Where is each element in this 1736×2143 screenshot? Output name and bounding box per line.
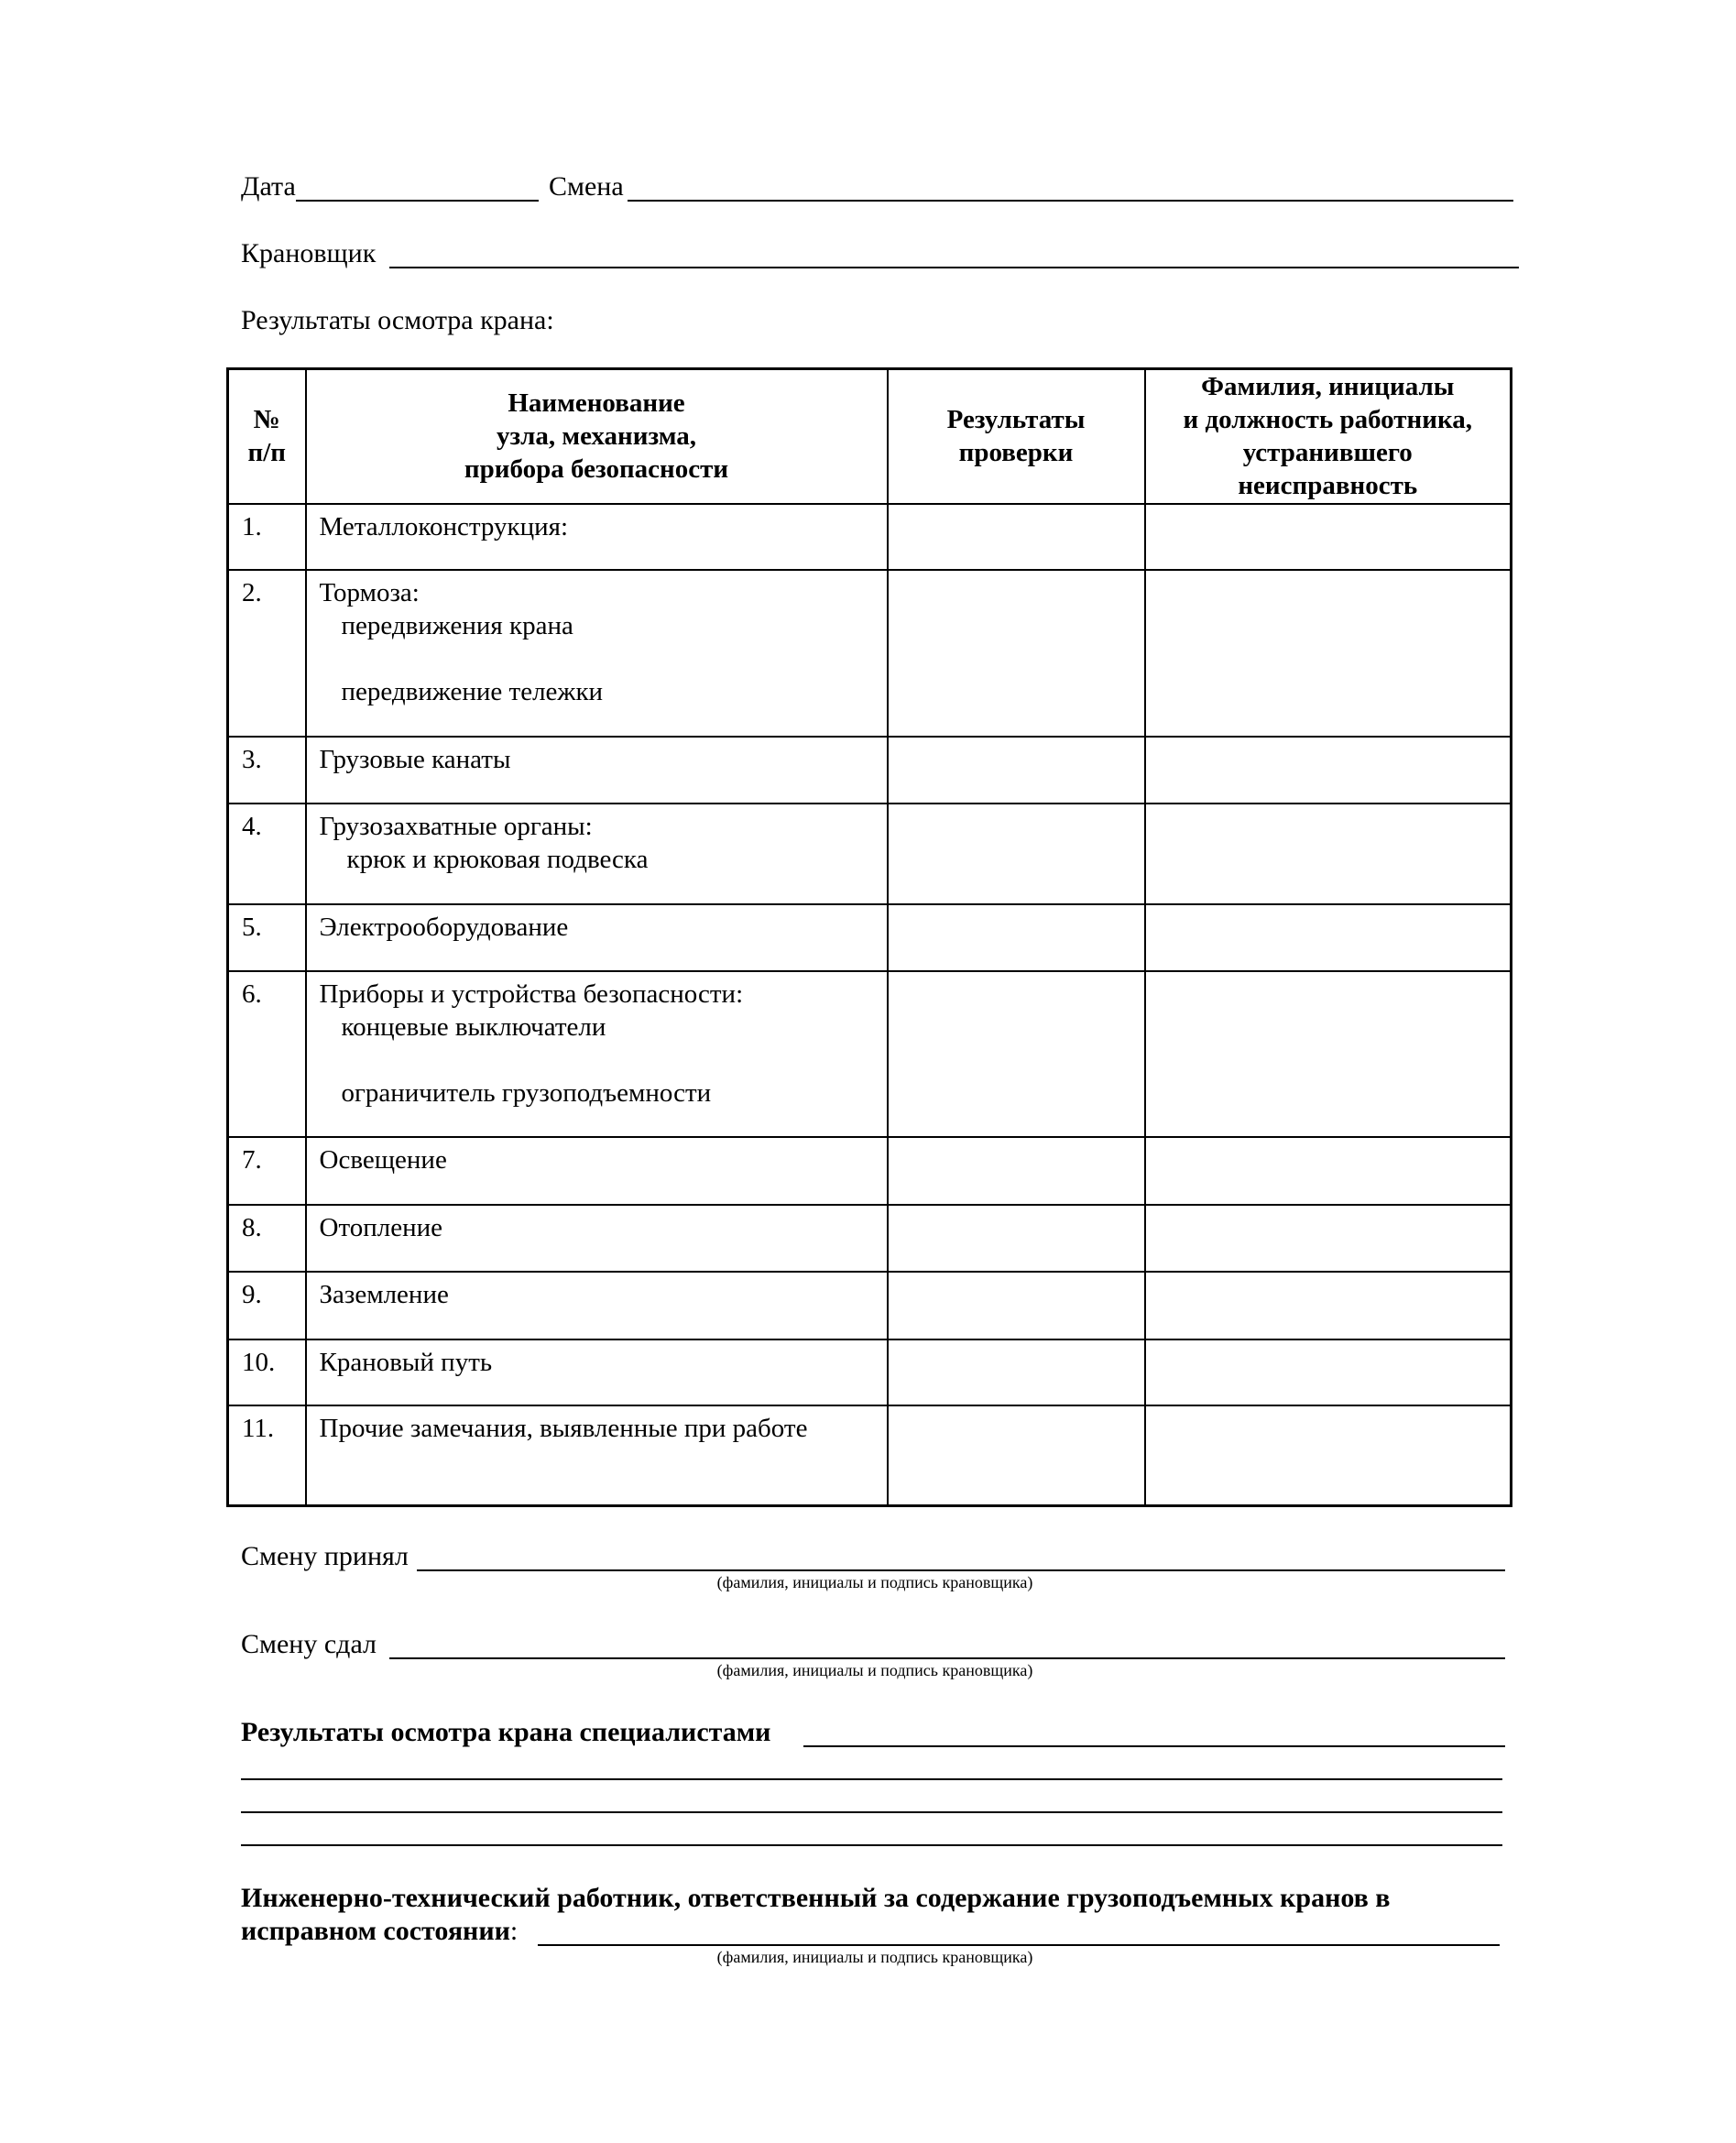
item-subitem: ограничитель грузоподъемности [320,1077,887,1110]
item-name: Грузозахватные органы: [320,812,593,841]
row-fixed-by-cell[interactable] [1145,804,1512,904]
crane-operator-label: Крановщик [241,237,376,270]
date-field[interactable] [296,200,539,202]
item-name: Заземление [320,1280,449,1309]
row-fixed-by-cell[interactable] [1145,1137,1512,1205]
inspection-table: №п/п Наименованиеузла, механизма,прибора… [226,367,1512,1507]
table-row: 2.Тормоза:передвижения кранапередвижение… [228,570,1512,737]
row-fixed-by-cell[interactable] [1145,1405,1512,1506]
engineer-label-line2: исправном состоянии: [241,1915,518,1948]
row-result-cell[interactable] [888,1205,1145,1272]
table-row: 8.Отопление [228,1205,1512,1272]
row-fixed-by-cell[interactable] [1145,971,1512,1137]
item-subitem: передвижения крана [320,609,887,642]
shift-accepted-label: Смену принял [241,1540,409,1573]
row-fixed-by-cell[interactable] [1145,570,1512,737]
row-item-name: Прочие замечания, выявленные при работе [306,1405,888,1506]
item-subitem: концевые выключатели [320,1011,887,1044]
table-row: 3.Грузовые канаты [228,737,1512,804]
row-fixed-by-cell[interactable] [1145,904,1512,971]
row-item-name: Приборы и устройства безопасности:концев… [306,971,888,1137]
engineer-label-colon: : [510,1916,518,1946]
row-fixed-by-cell[interactable] [1145,1272,1512,1339]
table-row: 9.Заземление [228,1272,1512,1339]
row-result-cell[interactable] [888,1405,1145,1506]
row-result-cell[interactable] [888,904,1145,971]
inspection-results-title: Результаты осмотра крана: [241,304,554,337]
specialists-results-field-2[interactable] [241,1778,1502,1780]
specialists-results-field-4[interactable] [241,1844,1502,1846]
row-result-cell[interactable] [888,971,1145,1137]
item-subitem: передвижение тележки [320,675,887,708]
row-number: 7. [228,1137,306,1205]
shift-handed-label: Смену сдал [241,1628,377,1661]
table-row: 11.Прочие замечания, выявленные при рабо… [228,1405,1512,1506]
row-number: 3. [228,737,306,804]
table-row: 5.Электрооборудование [228,904,1512,971]
table-row: 6.Приборы и устройства безопасности:конц… [228,971,1512,1137]
row-number: 2. [228,570,306,737]
row-number: 6. [228,971,306,1137]
row-result-cell[interactable] [888,1137,1145,1205]
row-number: 8. [228,1205,306,1272]
row-result-cell[interactable] [888,804,1145,904]
specialists-results-label: Результаты осмотра крана специалистами [241,1716,770,1749]
row-fixed-by-cell[interactable] [1145,737,1512,804]
shift-label: Смена [549,170,624,203]
engineer-label-text: исправном состоянии [241,1916,510,1946]
item-name: Освещение [320,1145,447,1175]
row-result-cell[interactable] [888,1272,1145,1339]
table-header-row: №п/п Наименованиеузла, механизма,прибора… [228,369,1512,504]
row-item-name: Грузозахватные органы:крюк и крюковая по… [306,804,888,904]
col-header-result: Результатыпроверки [888,369,1145,504]
shift-handed-field[interactable] [389,1657,1505,1659]
specialists-results-field-1[interactable] [803,1745,1505,1747]
row-item-name: Заземление [306,1272,888,1339]
item-name: Приборы и устройства безопасности: [320,979,744,1009]
specialists-results-field-3[interactable] [241,1811,1502,1813]
col-header-name: Наименованиеузла, механизма,прибора безо… [306,369,888,504]
col-header-fixed-by: Фамилия, инициалыи должность работника,у… [1145,369,1512,504]
crane-operator-field[interactable] [389,267,1519,268]
shift-handed-hint: (фамилия, инициалы и подпись крановщика) [692,1660,1058,1680]
row-number: 11. [228,1405,306,1506]
row-number: 10. [228,1339,306,1405]
row-item-name: Отопление [306,1205,888,1272]
row-result-cell[interactable] [888,1339,1145,1405]
item-name: Отопление [320,1213,443,1242]
item-subitem: крюк и крюковая подвеска [320,843,887,876]
table-body: 1.Металлоконструкция:2.Тормоза:передвиже… [228,504,1512,1506]
row-item-name: Электрооборудование [306,904,888,971]
item-name: Крановый путь [320,1348,493,1377]
row-fixed-by-cell[interactable] [1145,1339,1512,1405]
row-number: 5. [228,904,306,971]
table-row: 1.Металлоконструкция: [228,504,1512,570]
row-item-name: Крановый путь [306,1339,888,1405]
engineer-signature-field[interactable] [538,1944,1500,1946]
item-name: Металлоконструкция: [320,512,569,541]
shift-accepted-field[interactable] [417,1569,1505,1571]
col-header-number: №п/п [228,369,306,504]
row-result-cell[interactable] [888,504,1145,570]
engineer-label-line1: Инженерно-технический работник, ответств… [241,1882,1391,1915]
row-item-name: Освещение [306,1137,888,1205]
shift-field[interactable] [628,200,1513,202]
table-row: 10.Крановый путь [228,1339,1512,1405]
item-name: Прочие замечания, выявленные при работе [320,1414,808,1443]
item-name: Тормоза: [320,578,420,607]
row-fixed-by-cell[interactable] [1145,504,1512,570]
row-fixed-by-cell[interactable] [1145,1205,1512,1272]
row-item-name: Грузовые канаты [306,737,888,804]
row-item-name: Тормоза:передвижения кранапередвижение т… [306,570,888,737]
row-number: 9. [228,1272,306,1339]
item-name: Грузовые канаты [320,745,511,774]
row-item-name: Металлоконструкция: [306,504,888,570]
table-row: 7.Освещение [228,1137,1512,1205]
date-label: Дата [241,170,296,203]
row-number: 1. [228,504,306,570]
shift-accepted-hint: (фамилия, инициалы и подпись крановщика) [692,1572,1058,1592]
row-number: 4. [228,804,306,904]
row-result-cell[interactable] [888,737,1145,804]
table-row: 4.Грузозахватные органы:крюк и крюковая … [228,804,1512,904]
item-name: Электрооборудование [320,913,569,942]
engineer-signature-hint: (фамилия, инициалы и подпись крановщика) [692,1947,1058,1967]
row-result-cell[interactable] [888,570,1145,737]
